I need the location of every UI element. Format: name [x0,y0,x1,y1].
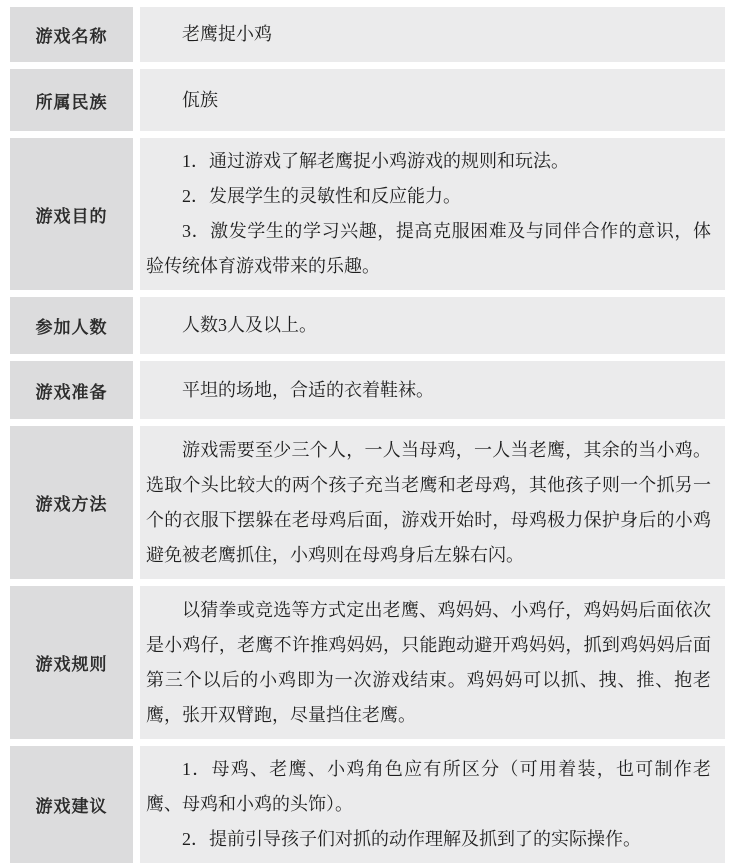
row-content: 1．通过游戏了解老鹰捉小鸡游戏的规则和玩法。 2．发展学生的灵敏性和反应能力。 … [140,138,725,290]
paragraph: 1．母鸡、老鹰、小鸡角色应有所区分（可用着装，也可制作老鹰、母鸡和小鸡的头饰）。 [146,752,711,822]
game-info-table: 游戏名称 老鹰捉小鸡 所属民族 佤族 游戏目的 1．通过游戏了解老鹰捉小鸡游戏的… [10,7,725,863]
paragraph: 老鹰捉小鸡 [146,17,711,52]
paragraph: 以猜拳或竞选等方式定出老鹰、鸡妈妈、小鸡仔，鸡妈妈后面依次是小鸡仔，老鹰不许推鸡… [146,593,711,733]
row-game-name: 游戏名称 老鹰捉小鸡 [10,7,725,62]
paragraph: 1．通过游戏了解老鹰捉小鸡游戏的规则和玩法。 [146,144,711,179]
row-content: 1．母鸡、老鹰、小鸡角色应有所区分（可用着装，也可制作老鹰、母鸡和小鸡的头饰）。… [140,746,725,863]
row-label: 所属民族 [10,69,133,131]
row-label: 游戏方法 [10,426,133,579]
paragraph: 游戏需要至少三个人，一人当母鸡，一人当老鹰，其余的当小鸡。选取个头比较大的两个孩… [146,433,711,573]
paragraph: 2．提前引导孩子们对抓的动作理解及抓到了的实际操作。 [146,822,711,857]
paragraph: 人数3人及以上。 [146,308,711,343]
row-game-preparation: 游戏准备 平坦的场地，合适的衣着鞋袜。 [10,361,725,419]
row-label: 参加人数 [10,297,133,354]
row-game-rules: 游戏规则 以猜拳或竞选等方式定出老鹰、鸡妈妈、小鸡仔，鸡妈妈后面依次是小鸡仔，老… [10,586,725,739]
paragraph: 佤族 [146,83,711,118]
row-content: 以猜拳或竞选等方式定出老鹰、鸡妈妈、小鸡仔，鸡妈妈后面依次是小鸡仔，老鹰不许推鸡… [140,586,725,739]
row-label: 游戏建议 [10,746,133,863]
row-content: 平坦的场地，合适的衣着鞋袜。 [140,361,725,419]
row-content: 人数3人及以上。 [140,297,725,354]
row-game-suggestions: 游戏建议 1．母鸡、老鹰、小鸡角色应有所区分（可用着装，也可制作老鹰、母鸡和小鸡… [10,746,725,863]
row-label: 游戏目的 [10,138,133,290]
paragraph: 平坦的场地，合适的衣着鞋袜。 [146,373,711,408]
row-ethnic-group: 所属民族 佤族 [10,69,725,131]
row-label: 游戏准备 [10,361,133,419]
row-label: 游戏规则 [10,586,133,739]
row-participants: 参加人数 人数3人及以上。 [10,297,725,354]
row-game-purpose: 游戏目的 1．通过游戏了解老鹰捉小鸡游戏的规则和玩法。 2．发展学生的灵敏性和反… [10,138,725,290]
row-content: 佤族 [140,69,725,131]
paragraph: 3．激发学生的学习兴趣，提高克服困难及与同伴合作的意识，体验传统体育游戏带来的乐… [146,214,711,284]
paragraph: 2．发展学生的灵敏性和反应能力。 [146,179,711,214]
row-content: 老鹰捉小鸡 [140,7,725,62]
document-page: 游戏名称 老鹰捉小鸡 所属民族 佤族 游戏目的 1．通过游戏了解老鹰捉小鸡游戏的… [0,0,730,868]
row-content: 游戏需要至少三个人，一人当母鸡，一人当老鹰，其余的当小鸡。选取个头比较大的两个孩… [140,426,725,579]
row-game-method: 游戏方法 游戏需要至少三个人，一人当母鸡，一人当老鹰，其余的当小鸡。选取个头比较… [10,426,725,579]
row-label: 游戏名称 [10,7,133,62]
